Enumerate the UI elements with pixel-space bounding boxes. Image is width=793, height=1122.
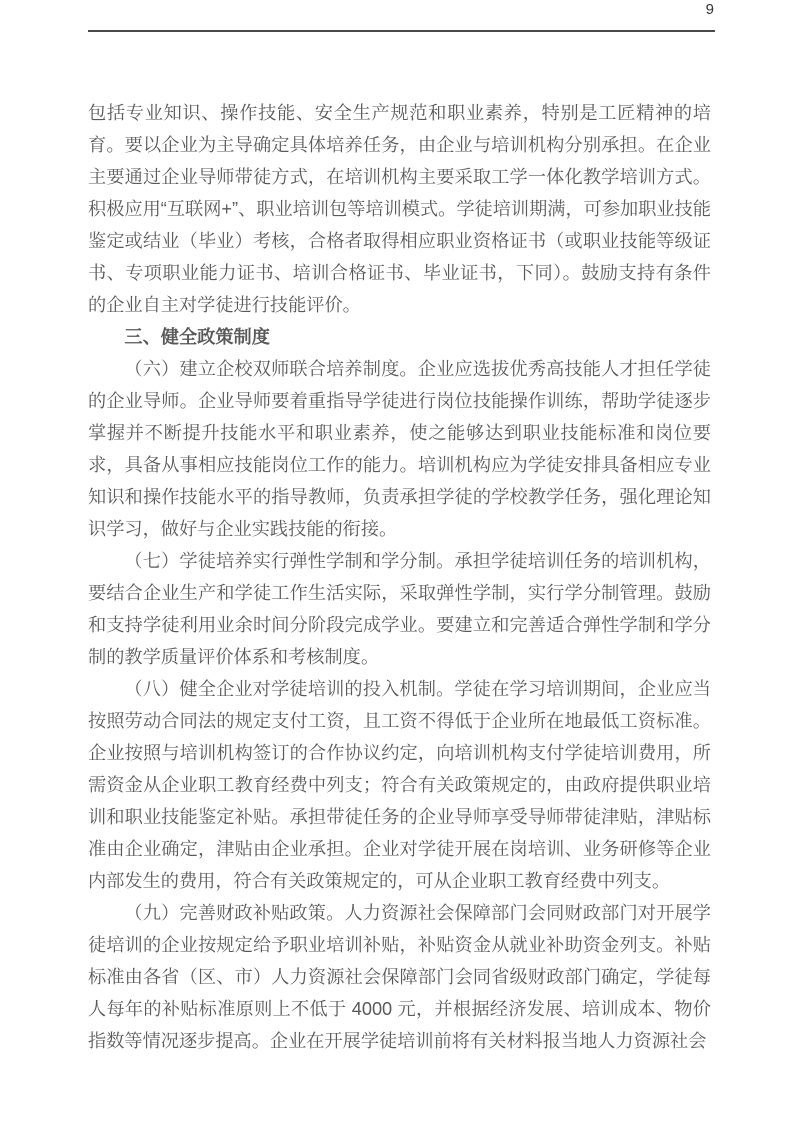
header-rule — [88, 30, 715, 32]
paragraph-continuation: 包括专业知识、操作技能、安全生产规范和职业素养，特别是工匠精神的培育。要以企业为… — [88, 97, 711, 321]
paragraph-clause-9: （九）完善财政补贴政策。人力资源社会保障部门会同财政部门对开展学徒培训的企业按规… — [88, 897, 711, 1057]
paragraph-clause-7: （七）学徒培养实行弹性学制和学分制。承担学徒培训任务的培训机构，要结合企业生产和… — [88, 545, 711, 673]
paragraph-clause-6: （六）建立企校双师联合培养制度。企业应选拔优秀高技能人才担任学徒的企业导师。企业… — [88, 353, 711, 545]
section-heading: 三、健全政策制度 — [88, 321, 711, 353]
page-number: 9 — [706, 1, 714, 19]
paragraph-clause-8: （八）健全企业对学徒培训的投入机制。学徒在学习培训期间，企业应当按照劳动合同法的… — [88, 673, 711, 897]
document-body: 包括专业知识、操作技能、安全生产规范和职业素养，特别是工匠精神的培育。要以企业为… — [88, 97, 711, 1057]
